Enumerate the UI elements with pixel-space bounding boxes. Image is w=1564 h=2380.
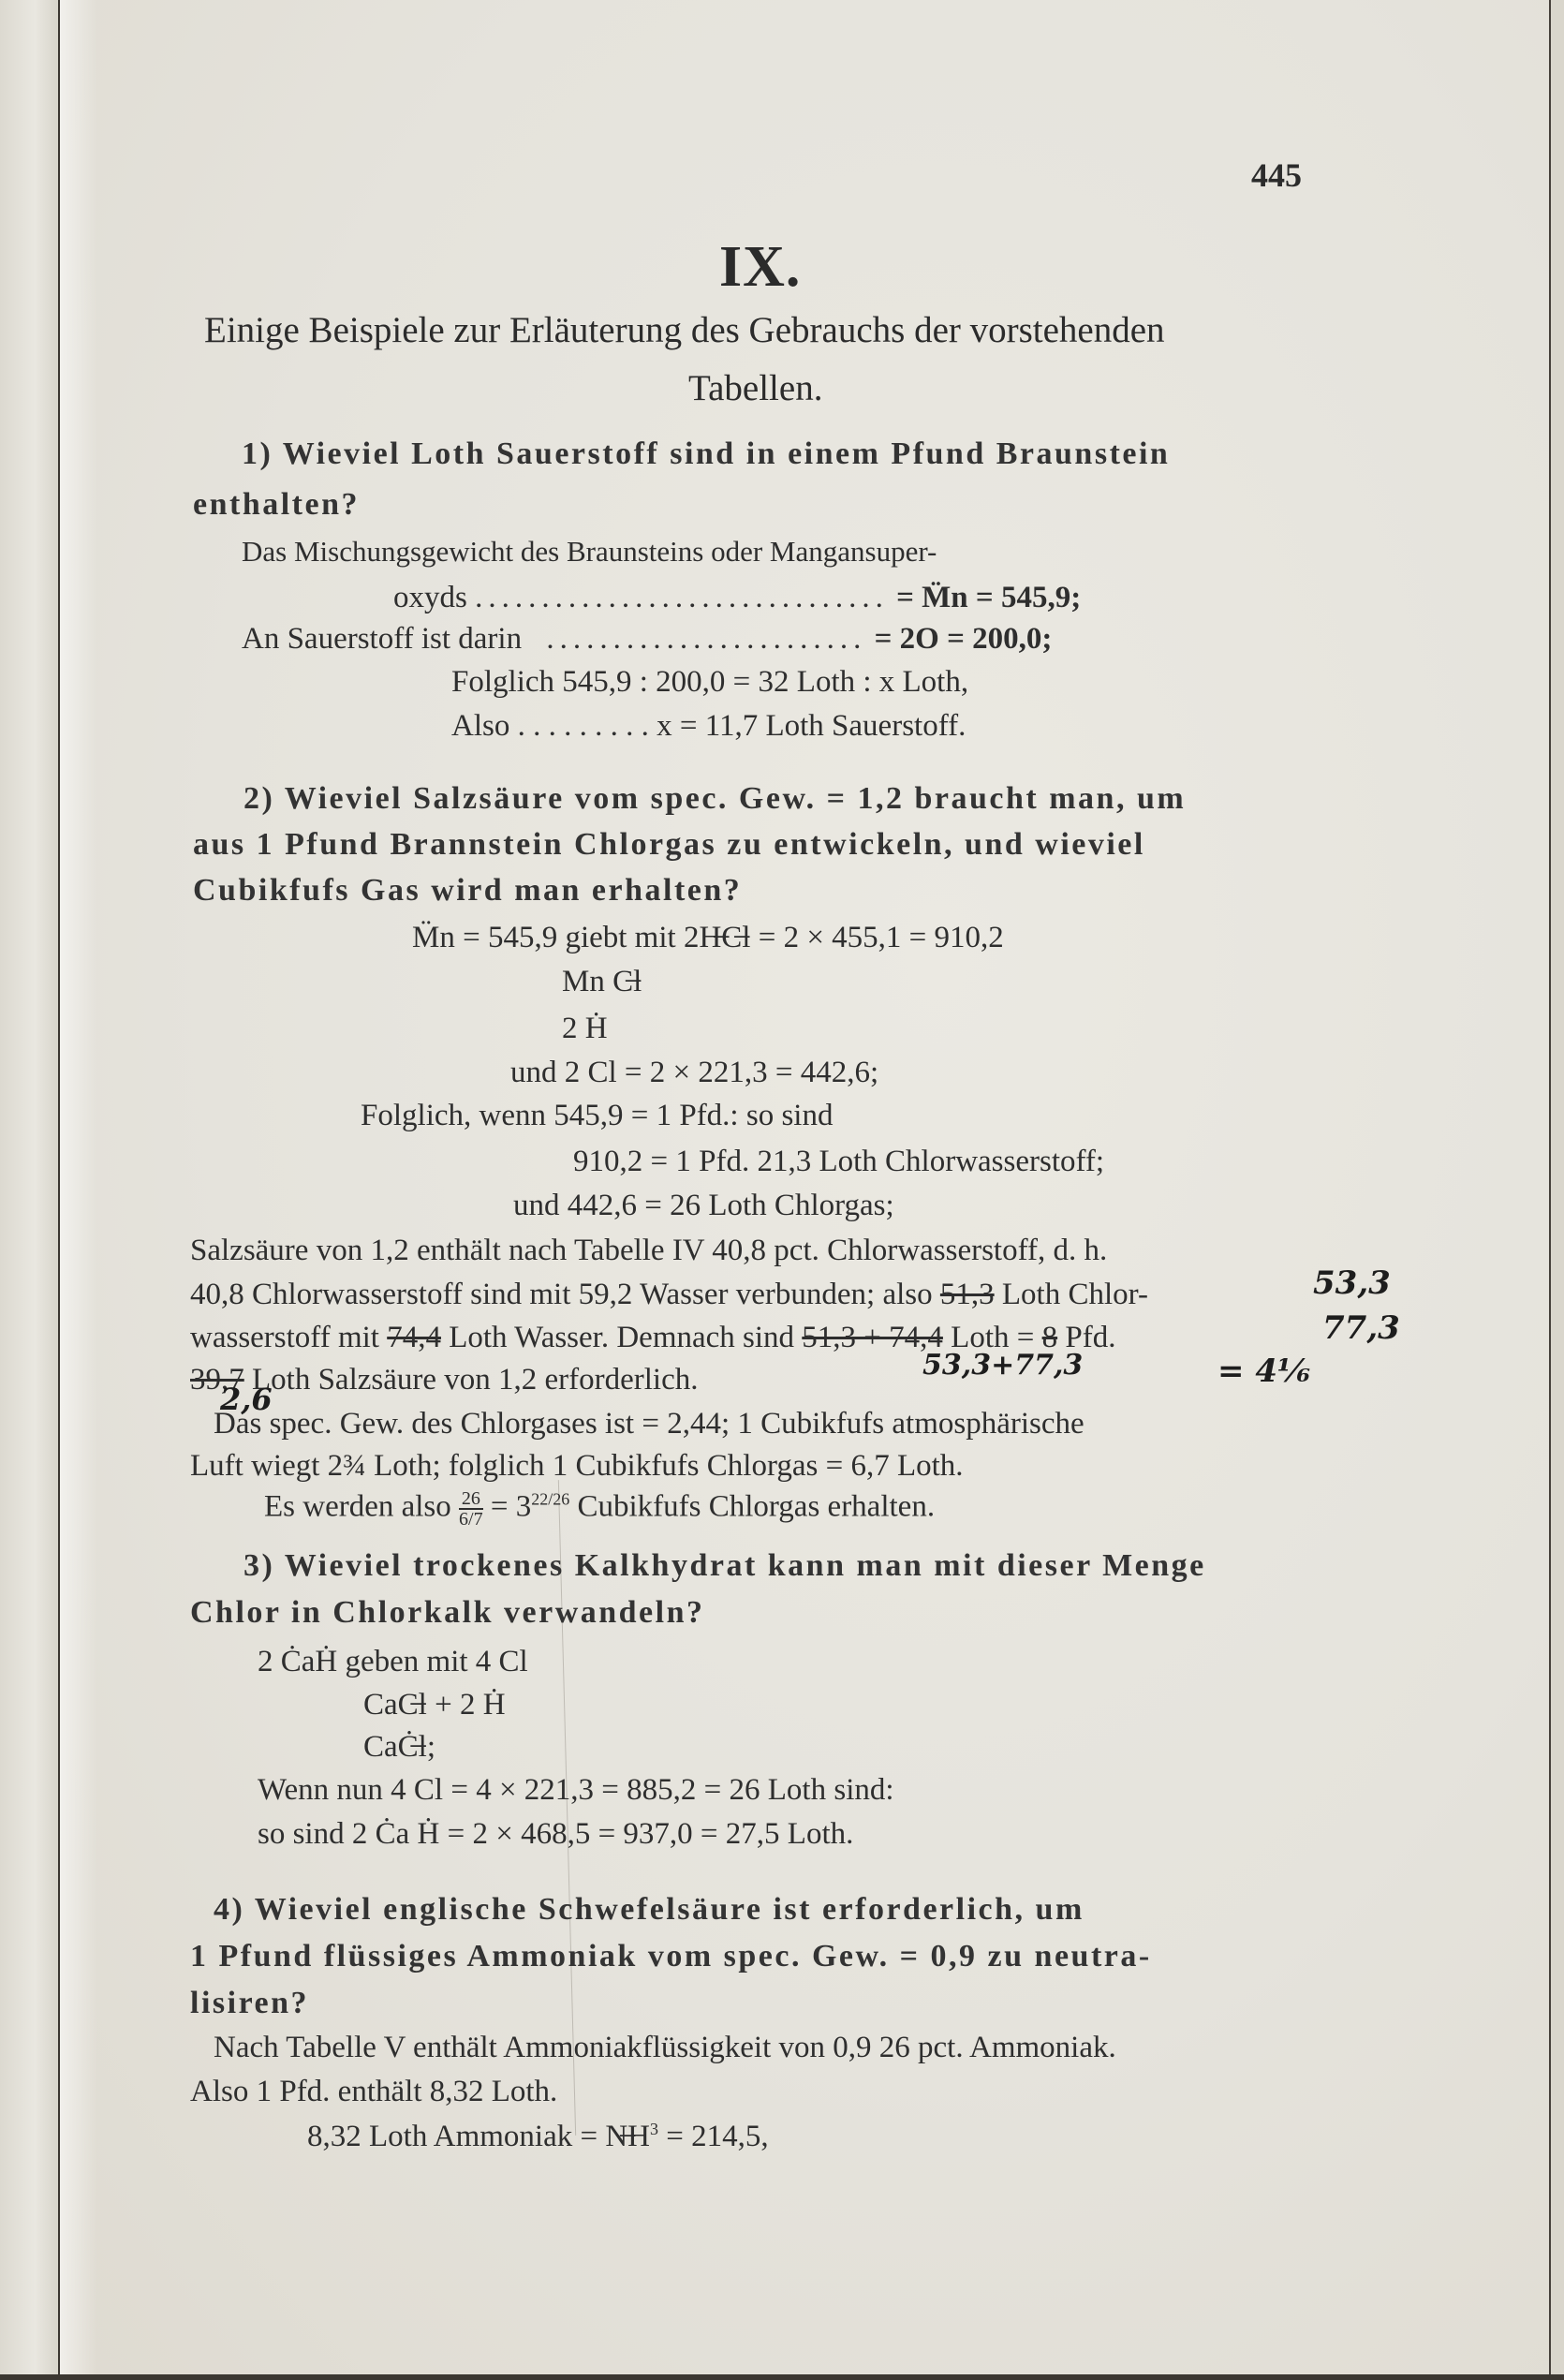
page-number: 445: [1251, 155, 1302, 195]
handwritten-note: 53,3+77,3: [922, 1349, 1083, 1382]
text-line: 40,8 Chlorwasserstoff sind mit 59,2 Wass…: [190, 1278, 1148, 1312]
question-4-line-2: 1 Pfund flüssiges Ammoniak vom spec. Gew…: [190, 1939, 1152, 1974]
text-line: Das spec. Gew. des Chlorgases ist = 2,44…: [214, 1407, 1084, 1441]
section-title-line-1: Einige Beispiele zur Erläuterung des Geb…: [204, 309, 1165, 351]
equation-line: 910,2 = 1 Pfd. 21,3 Loth Chlorwasserstof…: [573, 1145, 1104, 1179]
text-line: Es werden also 266/7 = 322/26 Cubikfufs …: [264, 1489, 935, 1529]
equation-line: Also . . . . . . . . . x = 11,7 Loth Sau…: [451, 709, 966, 744]
text-line: Das Mischungsgewicht des Braunsteins ode…: [242, 535, 937, 569]
text-line: oxyds ............................... = …: [393, 581, 1081, 615]
handwritten-note: 2,6: [220, 1382, 273, 1417]
handwritten-note: 77,3: [1322, 1309, 1400, 1347]
equation-line: so sind 2 Ċa Ḣ = 2 × 468,5 = 937,0 = 27,…: [258, 1817, 853, 1852]
question-2-line-3: Cubikfufs Gas wird man erhalten?: [193, 873, 742, 909]
equation-line: 2 ĊaḢ geben mit 4 Cl: [258, 1645, 528, 1679]
struck-value: 74,4: [387, 1321, 441, 1354]
fraction: 266/7: [459, 1489, 483, 1529]
text-line: Nach Tabelle V enthält Ammoniakflüssigke…: [214, 2031, 1116, 2065]
book-page: 445 IX. Einige Beispiele zur Erläuterung…: [0, 0, 1564, 2380]
binding-shadow: [60, 0, 97, 2380]
book-binding-edge: [0, 0, 60, 2380]
question-1-line-2: enthalten?: [193, 487, 360, 523]
equation-line: 8,32 Loth Ammoniak = N̶H3 = 214,5,: [307, 2120, 769, 2154]
equation-line: M̈n = 545,9 giebt mit 2H̶C̶l = 2 × 455,1…: [412, 921, 1004, 955]
equation-line: und 442,6 = 26 Loth Chlorgas;: [513, 1189, 894, 1223]
equation-line: CaĊ̶l;: [363, 1730, 435, 1765]
struck-value: 51,3: [940, 1278, 995, 1311]
equation-line: Wenn nun 4 Cl = 4 × 221,3 = 885,2 = 26 L…: [258, 1773, 894, 1808]
question-4-line-1: 4) Wieviel englische Schwefelsäure ist e…: [214, 1892, 1084, 1928]
question-1-line-1: 1) Wieviel Loth Sauerstoff sind in einem…: [242, 436, 1170, 472]
equation-line: und 2 Cl = 2 × 221,3 = 442,6;: [510, 1056, 878, 1090]
equation-line: Mn C̶l: [562, 965, 642, 999]
page-right-edge: [1549, 0, 1564, 2380]
equation-line: Folglich, wenn 545,9 = 1 Pfd.: so sind: [361, 1099, 833, 1133]
question-3-line-1: 3) Wieviel trockenes Kalkhydrat kann man…: [243, 1548, 1206, 1584]
question-2-line-1: 2) Wieviel Salzsäure vom spec. Gew. = 1,…: [243, 781, 1186, 817]
question-3-line-2: Chlor in Chlorkalk verwandeln?: [190, 1595, 705, 1631]
text-line: Luft wiegt 2¾ Loth; folglich 1 Cubikfufs…: [190, 1449, 964, 1484]
text-line: An Sauerstoff ist darin ................…: [242, 622, 1052, 657]
question-2-line-2: aus 1 Pfund Brannstein Chlorgas zu entwi…: [193, 827, 1145, 863]
chapter-heading: IX.: [719, 234, 801, 301]
equation-line: CaC̶l + 2 Ḣ: [363, 1688, 506, 1722]
equation-line: Folglich 545,9 : 200,0 = 32 Loth : x Lot…: [451, 665, 968, 700]
handwritten-note: 53,3: [1313, 1264, 1391, 1302]
equation-line: 2 Ḣ: [562, 1012, 608, 1046]
text-line: Also 1 Pfd. enthält 8,32 Loth.: [190, 2075, 557, 2109]
question-4-line-3: lisiren?: [190, 1986, 309, 2021]
text-line: Salzsäure von 1,2 enthält nach Tabelle I…: [190, 1234, 1107, 1268]
handwritten-note: = 4⅙: [1217, 1353, 1310, 1390]
section-title-line-2: Tabellen.: [688, 367, 822, 409]
page-bottom-edge: [0, 2374, 1564, 2380]
